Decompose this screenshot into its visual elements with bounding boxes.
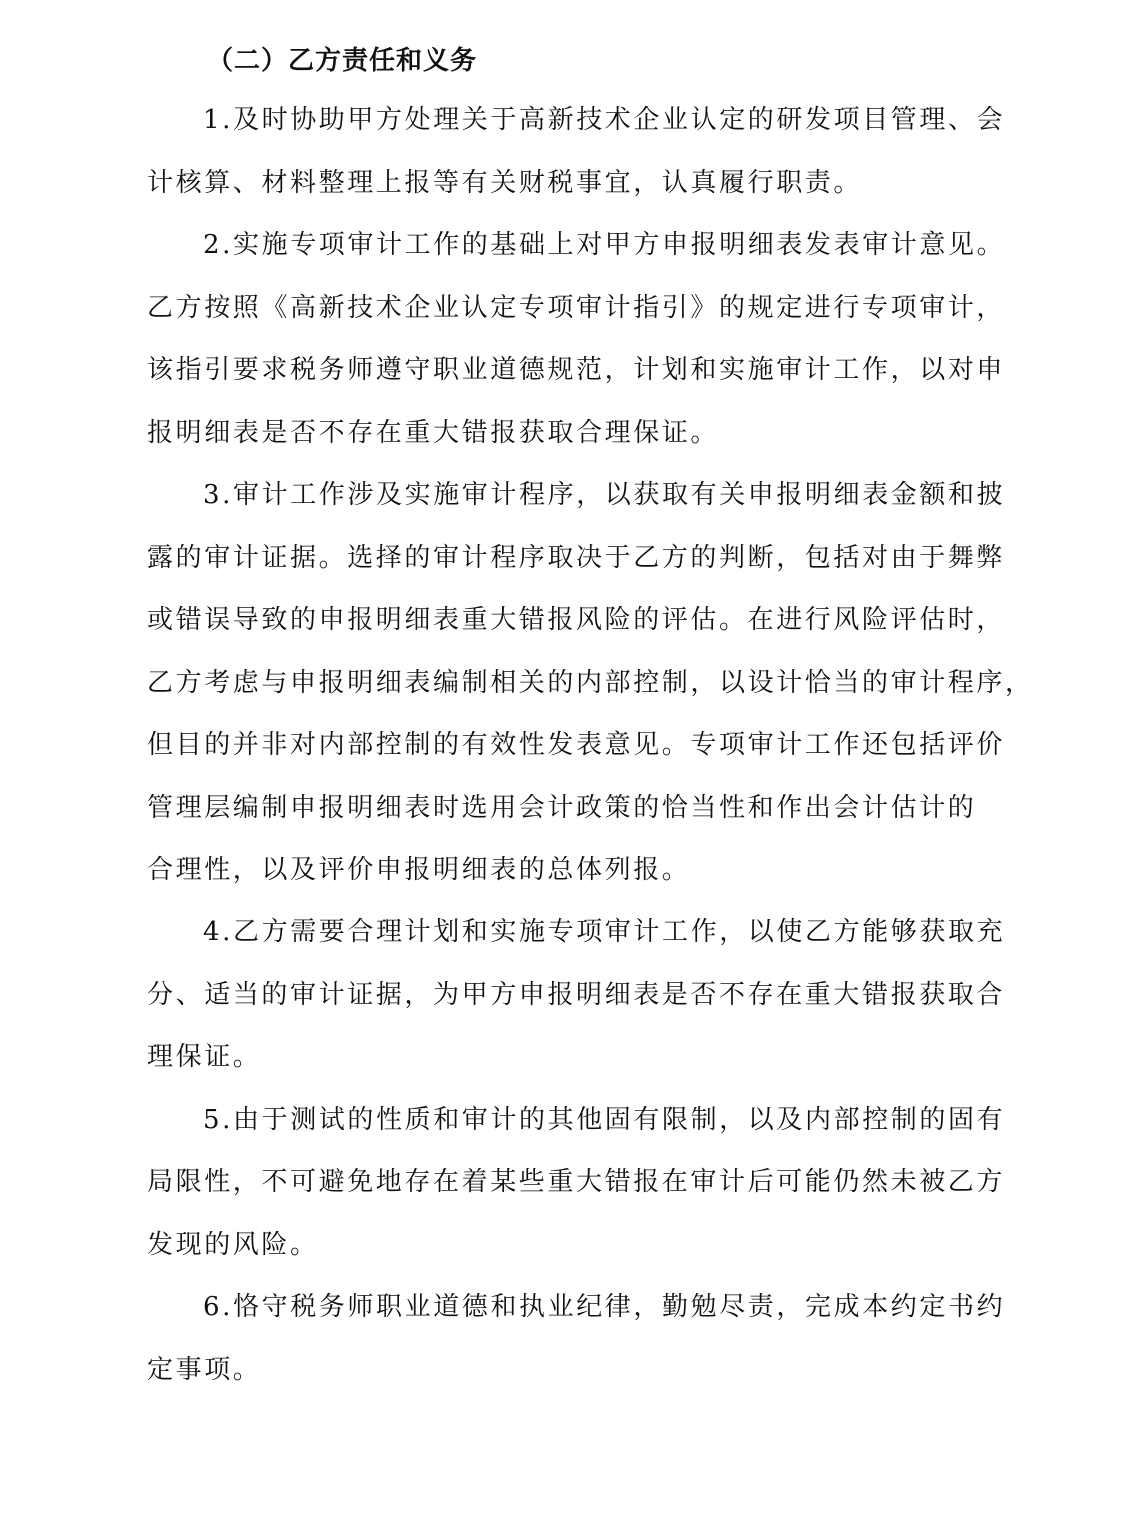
paragraph-line: 乙方考虑与申报明细表编制相关的内部控制，以设计恰当的审计程序， xyxy=(147,666,1034,700)
paragraph-line: 该指引要求税务师遵守职业道德规范，计划和实施审计工作，以对申 xyxy=(147,353,1005,387)
paragraph-line: 局限性，不可避免地存在着某些重大错报在审计后可能仍然未被乙方 xyxy=(147,1165,1005,1199)
paragraph-line: 4.乙方需要合理计划和实施专项审计工作，以使乙方能够获取充 xyxy=(203,915,1005,949)
paragraph-line: 6.恪守税务师职业道德和执业纪律，勤勉尽责，完成本约定书约 xyxy=(203,1290,1005,1324)
paragraph-line: 分、适当的审计证据，为甲方申报明细表是否不存在重大错报获取合 xyxy=(147,978,1005,1012)
paragraph-line: 或错误导致的申报明细表重大错报风险的评估。在进行风险评估时， xyxy=(147,603,1005,637)
paragraph-line: 露的审计证据。选择的审计程序取决于乙方的判断，包括对由于舞弊 xyxy=(147,541,1005,575)
paragraph-line: 管理层编制申报明细表时选用会计政策的恰当性和作出会计估计的 xyxy=(147,791,976,825)
paragraph-line: 5.由于测试的性质和审计的其他固有限制，以及内部控制的固有 xyxy=(203,1103,1005,1137)
paragraph-line: 乙方按照《高新技术企业认定专项审计指引》的规定进行专项审计， xyxy=(147,291,1005,325)
paragraph-line: 发现的风险。 xyxy=(147,1228,319,1262)
paragraph-line: 合理性，以及评价申报明细表的总体列报。 xyxy=(147,853,690,887)
paragraph-line: 报明细表是否不存在重大错报获取合理保证。 xyxy=(147,416,719,450)
paragraph-line: 3.审计工作涉及实施审计程序，以获取有关申报明细表金额和披 xyxy=(203,478,1005,512)
paragraph-line: 1.及时协助甲方处理关于高新技术企业认定的研发项目管理、会 xyxy=(203,103,1005,137)
paragraph-line: 计核算、材料整理上报等有关财税事宜，认真履行职责。 xyxy=(147,166,862,200)
paragraph-line: 定事项。 xyxy=(147,1353,261,1387)
paragraph-line: 2.实施专项审计工作的基础上对甲方申报明细表发表审计意见。 xyxy=(203,228,1005,262)
section-heading: （二）乙方责任和义务 xyxy=(207,40,477,77)
paragraph-line: 理保证。 xyxy=(147,1040,261,1074)
paragraph-line: 但目的并非对内部控制的有效性发表意见。专项审计工作还包括评价 xyxy=(147,728,1005,762)
